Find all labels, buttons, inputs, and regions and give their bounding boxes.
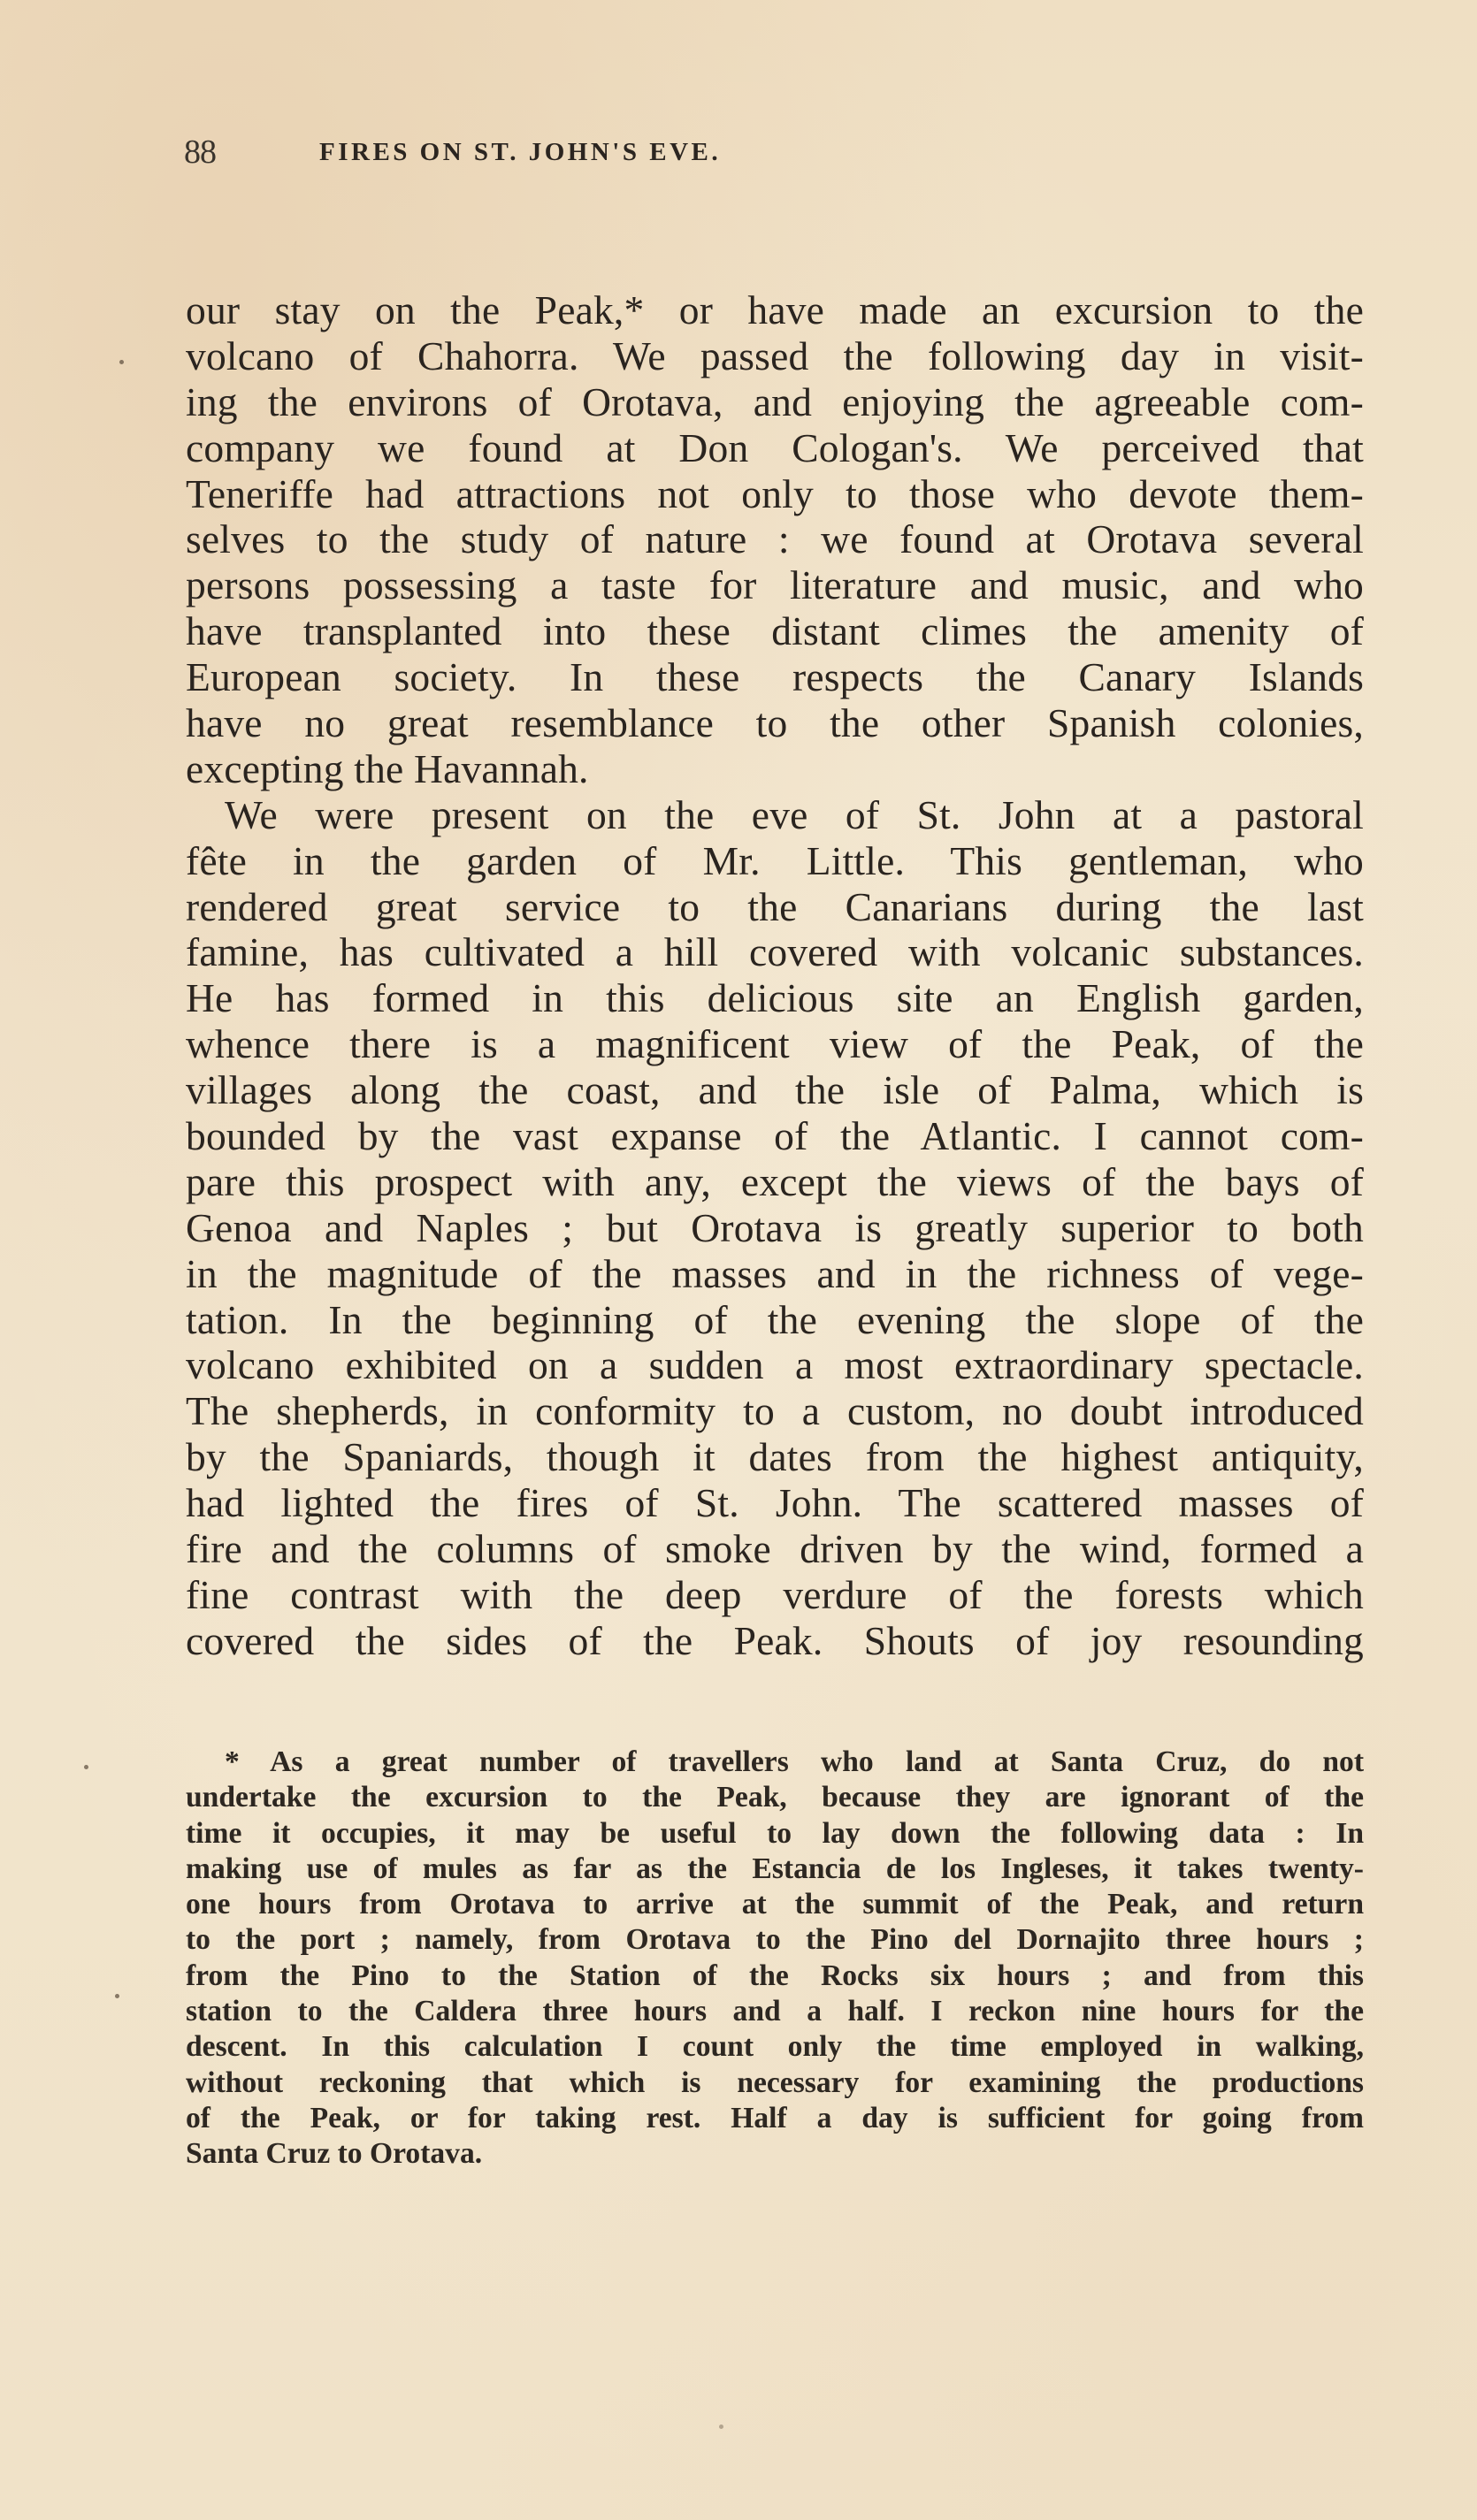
body-line: villages along the coast, and the isle o… (186, 1067, 1364, 1113)
body-line: tation. In the beginning of the evening … (186, 1297, 1364, 1343)
running-title: FIRES ON ST. JOHN'S EVE. (319, 138, 721, 167)
body-line: volcano of Chahorra. We passed the follo… (186, 333, 1364, 379)
footnote-line: station to the Caldera three hours and a… (186, 1994, 1364, 2029)
body-line: European society. In these respects the … (186, 654, 1364, 700)
footnote: * As a great number of travellers who la… (186, 1745, 1364, 2173)
body-line: fête in the garden of Mr. Little. This g… (186, 838, 1364, 884)
body-line: bounded by the vast expanse of the Atlan… (186, 1113, 1364, 1159)
body-line: pare this prospect with any, except the … (186, 1159, 1364, 1205)
body-line: in the magnitude of the masses and in th… (186, 1251, 1364, 1297)
body-line: The shepherds, in conformity to a custom… (186, 1388, 1364, 1434)
body-text: our stay on the Peak,* or have made an e… (186, 287, 1364, 1664)
footnote-line: * As a great number of travellers who la… (186, 1745, 1364, 1780)
body-line: volcano exhibited on a sudden a most ext… (186, 1342, 1364, 1388)
body-line: fine contrast with the deep verdure of t… (186, 1572, 1364, 1618)
body-line: covered the sides of the Peak. Shouts of… (186, 1618, 1364, 1664)
running-head: 88 FIRES ON ST. JOHN'S EVE. (184, 133, 1366, 177)
body-line: Teneriffe had attractions not only to th… (186, 471, 1364, 517)
body-line: had lighted the fires of St. John. The s… (186, 1480, 1364, 1526)
page-number: 88 (184, 133, 216, 172)
footnote-line: Santa Cruz to Orotava. (186, 2136, 1364, 2172)
body-line: have transplanted into these distant cli… (186, 608, 1364, 654)
footnote-line: time it occupies, it may be useful to la… (186, 1816, 1364, 1852)
body-line: company we found at Don Cologan's. We pe… (186, 425, 1364, 471)
footnote-line: one hours from Orotava to arrive at the … (186, 1887, 1364, 1922)
body-line: persons possessing a taste for literatur… (186, 562, 1364, 608)
body-line: ing the environs of Orotava, and enjoyin… (186, 379, 1364, 425)
footnote-line: of the Peak, or for taking rest. Half a … (186, 2101, 1364, 2136)
footnote-line: undertake the excursion to the Peak, bec… (186, 1780, 1364, 1815)
body-line: selves to the study of nature : we found… (186, 516, 1364, 562)
body-line: rendered great service to the Canarians … (186, 884, 1364, 930)
body-line: have no great resemblance to the other S… (186, 700, 1364, 746)
paper-speck (719, 2425, 723, 2429)
body-line: our stay on the Peak,* or have made an e… (186, 287, 1364, 333)
paper-speck (115, 1994, 119, 1998)
body-line: excepting the Havannah. (186, 746, 1364, 792)
book-page: 88 FIRES ON ST. JOHN'S EVE. our stay on … (0, 0, 1477, 2520)
paper-speck (119, 360, 124, 364)
body-line: He has formed in this delicious site an … (186, 975, 1364, 1021)
footnote-line: to the port ; namely, from Orotava to th… (186, 1922, 1364, 1958)
body-line: fire and the columns of smoke driven by … (186, 1526, 1364, 1572)
footnote-line: making use of mules as far as the Estanc… (186, 1852, 1364, 1887)
body-line: Genoa and Naples ; but Orotava is greatl… (186, 1205, 1364, 1251)
body-line: whence there is a magnificent view of th… (186, 1021, 1364, 1067)
body-line: by the Spaniards, though it dates from t… (186, 1434, 1364, 1480)
footnote-line: without reckoning that which is necessar… (186, 2066, 1364, 2101)
body-line: We were present on the eve of St. John a… (186, 792, 1364, 838)
body-line: famine, has cultivated a hill covered wi… (186, 929, 1364, 975)
footnote-line: descent. In this calculation I count onl… (186, 2029, 1364, 2065)
footnote-line: from the Pino to the Station of the Rock… (186, 1959, 1364, 1994)
paper-speck (84, 1765, 88, 1769)
